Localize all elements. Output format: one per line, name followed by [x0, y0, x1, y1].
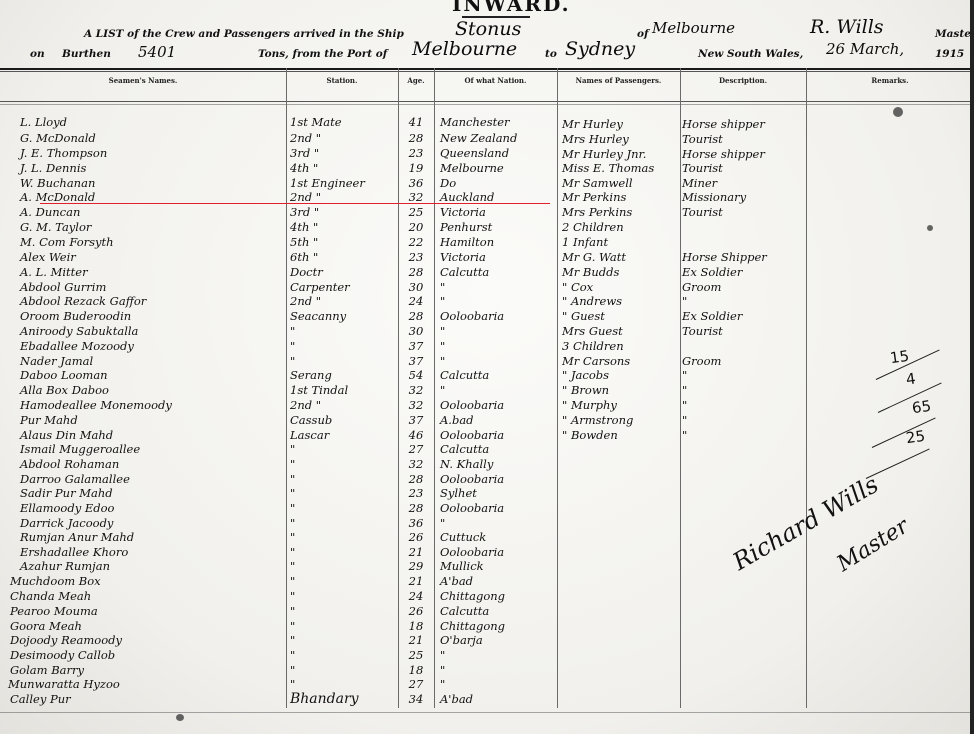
passenger-row: Mr HurleyHorse shipper — [0, 117, 974, 132]
colony-label: New South Wales, — [698, 48, 803, 60]
passenger-name: 3 Children — [562, 339, 678, 354]
seaman-station: " — [290, 545, 394, 560]
seaman-name: Ellamoody Edoo — [20, 501, 282, 516]
table-bottom-rule — [0, 712, 974, 713]
passenger-name: Mrs Guest — [562, 324, 678, 339]
seaman-station: " — [290, 472, 394, 487]
passenger-name: 2 Children — [562, 220, 678, 235]
crew-row: Ershadallee Khoro"21Ooloobaria — [0, 545, 974, 560]
passenger-row: 1 Infant — [0, 235, 974, 250]
seaman-nation: Calcutta — [440, 442, 554, 457]
seaman-station: Bhandary — [290, 692, 394, 707]
crew-row: Munwaratta Hyzoo"27" — [0, 677, 974, 692]
seaman-age: 36 — [400, 516, 432, 531]
seaman-nation: " — [440, 516, 554, 531]
column-header-seamen-names: Seamen's Names. — [0, 76, 286, 92]
passenger-description: " — [682, 428, 804, 443]
seaman-age: 25 — [400, 648, 432, 663]
to-label: to — [545, 48, 557, 60]
page-edge — [970, 0, 974, 734]
inward-banner: INWARD. — [452, 0, 571, 16]
seaman-name: Calley Pur — [10, 692, 272, 707]
seaman-name: Sadir Pur Mahd — [20, 486, 282, 501]
seaman-station: " — [290, 530, 394, 545]
passenger-row: Mrs HurleyTourist — [0, 132, 974, 147]
passenger-description: Horse shipper — [682, 117, 804, 132]
seaman-nation: Mullick — [440, 559, 554, 574]
passenger-row: " Murphy" — [0, 398, 974, 413]
seaman-nation: " — [440, 677, 554, 692]
heading-list-label: A LIST of the Crew and Passengers arrive… — [84, 28, 404, 40]
passenger-description: Tourist — [682, 324, 804, 339]
seaman-age: 28 — [400, 501, 432, 516]
from-port: Melbourne — [412, 38, 517, 60]
seaman-age: 26 — [400, 604, 432, 619]
burthen-value: 5401 — [138, 43, 176, 61]
column-header-description: Description. — [680, 76, 806, 92]
passenger-name: Mrs Hurley — [562, 132, 678, 147]
passenger-name: " Andrews — [562, 294, 678, 309]
arrival-year: 1915 — [935, 48, 964, 60]
seaman-station: " — [290, 442, 394, 457]
table-top-rule — [0, 68, 974, 70]
passenger-name: " Bowden — [562, 428, 678, 443]
crew-row: Goora Meah"18Chittagong — [0, 619, 974, 634]
seaman-station: " — [290, 619, 394, 634]
passenger-row: " Armstrong" — [0, 413, 974, 428]
passenger-description: Miner — [682, 176, 804, 191]
seaman-age: 23 — [400, 486, 432, 501]
master-label: Master — [935, 28, 974, 40]
seaman-name: Chanda Meah — [10, 589, 272, 604]
column-header-nation: Of what Nation. — [434, 76, 557, 92]
seaman-nation: Calcutta — [440, 604, 554, 619]
seaman-name: Munwaratta Hyzoo — [8, 677, 270, 692]
tons-from-label: Tons, from the Port of — [258, 48, 387, 60]
seaman-name: Ershadallee Khoro — [20, 545, 282, 560]
remarks-tally-value: 25 — [905, 427, 926, 447]
seaman-name: Desimoody Callob — [10, 648, 272, 663]
ink-blot — [176, 714, 184, 721]
seaman-nation: Cuttuck — [440, 530, 554, 545]
passenger-description: " — [682, 398, 804, 413]
seaman-age: 29 — [400, 559, 432, 574]
passenger-name: Miss E. Thomas — [562, 161, 678, 176]
ink-blot — [927, 225, 933, 231]
crew-row: Ismail Muggeroallee"27Calcutta — [0, 442, 974, 457]
master-name: R. Wills — [810, 16, 884, 38]
seaman-nation: Ooloobaria — [440, 501, 554, 516]
seaman-nation: Chittagong — [440, 619, 554, 634]
seaman-age: 24 — [400, 589, 432, 604]
seaman-age: 26 — [400, 530, 432, 545]
seaman-nation: Ooloobaria — [440, 472, 554, 487]
seaman-station: " — [290, 486, 394, 501]
passenger-row: " GuestEx Soldier — [0, 309, 974, 324]
crew-row: Muchdoom Box"21A'bad — [0, 574, 974, 589]
ink-blot — [893, 107, 903, 117]
seaman-age: 18 — [400, 663, 432, 678]
passenger-row: 3 Children — [0, 339, 974, 354]
seaman-name: Rumjan Anur Mahd — [20, 530, 282, 545]
crew-row: Desimoody Callob"25" — [0, 648, 974, 663]
passenger-row: Mr G. WattHorse Shipper — [0, 250, 974, 265]
passenger-name: " Jacobs — [562, 368, 678, 383]
seaman-age: 21 — [400, 545, 432, 560]
column-header-age: Age. — [398, 76, 434, 92]
passenger-description: Groom — [682, 280, 804, 295]
passenger-row: " Brown" — [0, 383, 974, 398]
crew-row: Abdool Rohaman"32N. Khally — [0, 457, 974, 472]
passenger-name: Mrs Perkins — [562, 205, 678, 220]
on-label: on — [30, 48, 45, 60]
seaman-station: " — [290, 516, 394, 531]
passenger-description — [682, 235, 804, 250]
passenger-name: Mr Samwell — [562, 176, 678, 191]
passenger-description: Ex Soldier — [682, 265, 804, 280]
passenger-name: 1 Infant — [562, 235, 678, 250]
passenger-row: " Bowden" — [0, 428, 974, 443]
seaman-age: 18 — [400, 619, 432, 634]
header-bottom-rule — [0, 101, 974, 102]
passenger-name: Mr Hurley Jnr. — [562, 147, 678, 162]
seaman-station: " — [290, 574, 394, 589]
passenger-row: 2 Children — [0, 220, 974, 235]
seaman-age: 21 — [400, 633, 432, 648]
passenger-description: Tourist — [682, 161, 804, 176]
seaman-station: " — [290, 663, 394, 678]
crew-row: Chanda Meah"24Chittagong — [0, 589, 974, 604]
passenger-row: Mr CarsonsGroom — [0, 354, 974, 369]
crew-row: Pearoo Mouma"26Calcutta — [0, 604, 974, 619]
passenger-row: Mr BuddsEx Soldier — [0, 265, 974, 280]
seaman-nation: Sylhet — [440, 486, 554, 501]
passenger-row: " Jacobs" — [0, 368, 974, 383]
passenger-description: Horse Shipper — [682, 250, 804, 265]
passenger-description — [682, 220, 804, 235]
column-header-station: Station. — [286, 76, 398, 92]
seaman-station: " — [290, 501, 394, 516]
passenger-row: " Andrews" — [0, 294, 974, 309]
seaman-nation: N. Khally — [440, 457, 554, 472]
remarks-tally-value: 65 — [911, 397, 932, 417]
passenger-description: Horse shipper — [682, 147, 804, 162]
crew-row: Golam Barry"18" — [0, 663, 974, 678]
seaman-age: 21 — [400, 574, 432, 589]
ship-name: Stonus — [455, 18, 521, 40]
crew-row: Calley PurBhandary34A'bad — [0, 692, 974, 707]
passenger-description: Ex Soldier — [682, 309, 804, 324]
crew-row: Azahur Rumjan"29Mullick — [0, 559, 974, 574]
seaman-nation: O'barja — [440, 633, 554, 648]
seaman-name: Muchdoom Box — [10, 574, 272, 589]
red-highlight-line — [40, 203, 550, 204]
seaman-name: Goora Meah — [10, 619, 272, 634]
passenger-name: Mr Budds — [562, 265, 678, 280]
header-bottom-rule-inner — [0, 104, 974, 105]
passenger-name: " Guest — [562, 309, 678, 324]
column-header-remarks: Remarks. — [806, 76, 974, 92]
passenger-name: Mr G. Watt — [562, 250, 678, 265]
passenger-name: " Brown — [562, 383, 678, 398]
burthen-label: Burthen — [62, 48, 111, 60]
passenger-row: Miss E. ThomasTourist — [0, 161, 974, 176]
seaman-station: " — [290, 604, 394, 619]
arrival-date: 26 March, — [826, 40, 904, 58]
passenger-description: " — [682, 383, 804, 398]
seaman-name: Darrick Jacoody — [20, 516, 282, 531]
seaman-name: Golam Barry — [10, 663, 272, 678]
passenger-description: Tourist — [682, 132, 804, 147]
passenger-row: Mrs PerkinsTourist — [0, 205, 974, 220]
manifest-page: INWARD. A LIST of the Crew and Passenger… — [0, 0, 974, 734]
passenger-row: Mr SamwellMiner — [0, 176, 974, 191]
passenger-row: Mrs GuestTourist — [0, 324, 974, 339]
passenger-row: " CoxGroom — [0, 280, 974, 295]
seaman-nation: Ooloobaria — [440, 545, 554, 560]
seaman-name: Darroo Galamallee — [20, 472, 282, 487]
seaman-nation: " — [440, 648, 554, 663]
registered-port: Melbourne — [652, 19, 735, 37]
crew-row: Rumjan Anur Mahd"26Cuttuck — [0, 530, 974, 545]
seaman-station: " — [290, 589, 394, 604]
crew-row: Darroo Galamallee"28Ooloobaria — [0, 472, 974, 487]
passenger-description: Tourist — [682, 205, 804, 220]
seaman-nation: A'bad — [440, 692, 554, 707]
seaman-age: 34 — [400, 692, 432, 707]
column-header-passengers: Names of Passengers. — [557, 76, 680, 92]
passenger-name: Mr Perkins — [562, 190, 678, 205]
passenger-description: " — [682, 368, 804, 383]
passenger-name: " Cox — [562, 280, 678, 295]
passenger-row: Mr Hurley Jnr.Horse shipper — [0, 147, 974, 162]
seaman-name: Abdool Rohaman — [20, 457, 282, 472]
seaman-station: " — [290, 457, 394, 472]
seaman-age: 27 — [400, 677, 432, 692]
to-port: Sydney — [565, 38, 635, 60]
passenger-description: Groom — [682, 354, 804, 369]
seaman-name: Pearoo Mouma — [10, 604, 272, 619]
passenger-description: Missionary — [682, 190, 804, 205]
seaman-station: " — [290, 677, 394, 692]
seaman-nation: Chittagong — [440, 589, 554, 604]
seaman-age: 32 — [400, 457, 432, 472]
seaman-name: Dojoody Reamoody — [10, 633, 272, 648]
seaman-age: 27 — [400, 442, 432, 457]
seaman-nation: " — [440, 663, 554, 678]
seaman-name: Azahur Rumjan — [20, 559, 282, 574]
seaman-station: " — [290, 633, 394, 648]
seaman-station: " — [290, 559, 394, 574]
seaman-station: " — [290, 648, 394, 663]
passenger-name: Mr Hurley — [562, 117, 678, 132]
passenger-name: " Murphy — [562, 398, 678, 413]
passenger-description: " — [682, 413, 804, 428]
seaman-nation: A'bad — [440, 574, 554, 589]
passenger-name: Mr Carsons — [562, 354, 678, 369]
passenger-name: " Armstrong — [562, 413, 678, 428]
of-label: of — [637, 28, 649, 40]
table-top-rule-inner — [0, 71, 974, 72]
seaman-name: Ismail Muggeroallee — [20, 442, 282, 457]
passenger-description — [682, 339, 804, 354]
crew-row: Dojoody Reamoody"21O'barja — [0, 633, 974, 648]
seaman-age: 28 — [400, 472, 432, 487]
passenger-description: " — [682, 294, 804, 309]
